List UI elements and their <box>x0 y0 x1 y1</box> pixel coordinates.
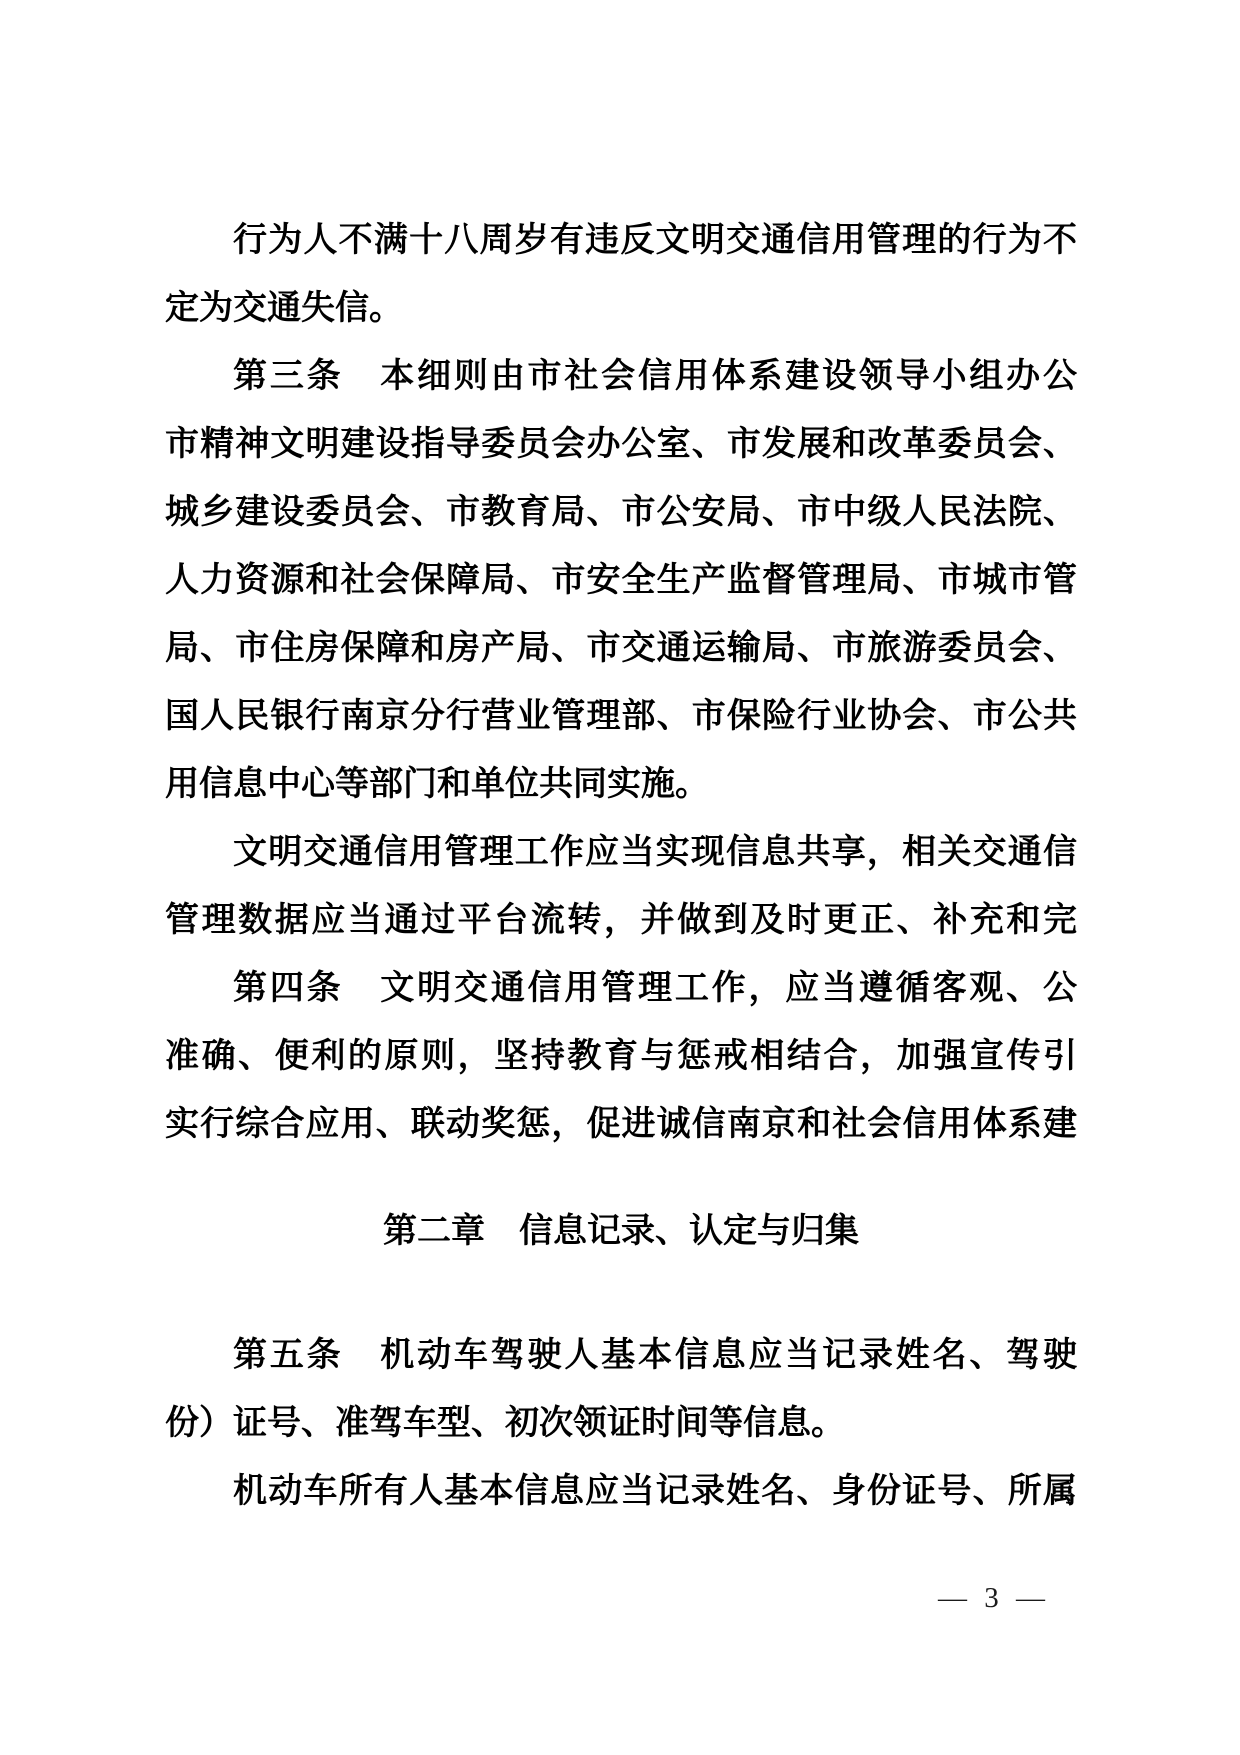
body-line: 行为人不满十八周岁有违反文明交通信用管理的行为不认 <box>165 206 1077 274</box>
body-line: 管理数据应当通过平台流转，并做到及时更正、补充和完善。 <box>165 886 1077 954</box>
body-line: 机动车所有人基本信息应当记录姓名、身份证号、所属机 <box>165 1457 1077 1525</box>
chapter-heading: 第二章 信息记录、认定与归集 <box>165 1197 1077 1265</box>
body-line: 第四条 文明交通信用管理工作，应当遵循客观、公正、 <box>165 954 1077 1022</box>
document-page: 行为人不满十八周岁有违反文明交通信用管理的行为不认 定为交通失信。 第三条 本细… <box>0 0 1240 1755</box>
body-line: 第三条 本细则由市社会信用体系建设领导小组办公室、 <box>165 342 1077 410</box>
document-body: 行为人不满十八周岁有违反文明交通信用管理的行为不认 定为交通失信。 第三条 本细… <box>165 206 1077 1525</box>
body-line: 第五条 机动车驾驶人基本信息应当记录姓名、驾驶（身 <box>165 1321 1077 1389</box>
body-line: 定为交通失信。 <box>165 274 1077 342</box>
body-line: 份）证号、准驾车型、初次领证时间等信息。 <box>165 1389 1077 1457</box>
body-line: 市精神文明建设指导委员会办公室、市发展和改革委员会、市 <box>165 410 1077 478</box>
body-line: 人力资源和社会保障局、市安全生产监督管理局、市城市管理 <box>165 546 1077 614</box>
body-line: 实行综合应用、联动奖惩，促进诚信南京和社会信用体系建设。 <box>165 1090 1077 1158</box>
body-line: 准确、便利的原则，坚持教育与惩戒相结合，加强宣传引导， <box>165 1022 1077 1090</box>
body-line: 城乡建设委员会、市教育局、市公安局、市中级人民法院、市 <box>165 478 1077 546</box>
page-number: — 3 — <box>938 1580 1078 1616</box>
body-line: 文明交通信用管理工作应当实现信息共享，相关交通信用 <box>165 818 1077 886</box>
body-line: 局、市住房保障和房产局、市交通运输局、市旅游委员会、中 <box>165 614 1077 682</box>
body-line: 用信息中心等部门和单位共同实施。 <box>165 750 1077 818</box>
body-line: 国人民银行南京分行营业管理部、市保险行业协会、市公共信 <box>165 682 1077 750</box>
